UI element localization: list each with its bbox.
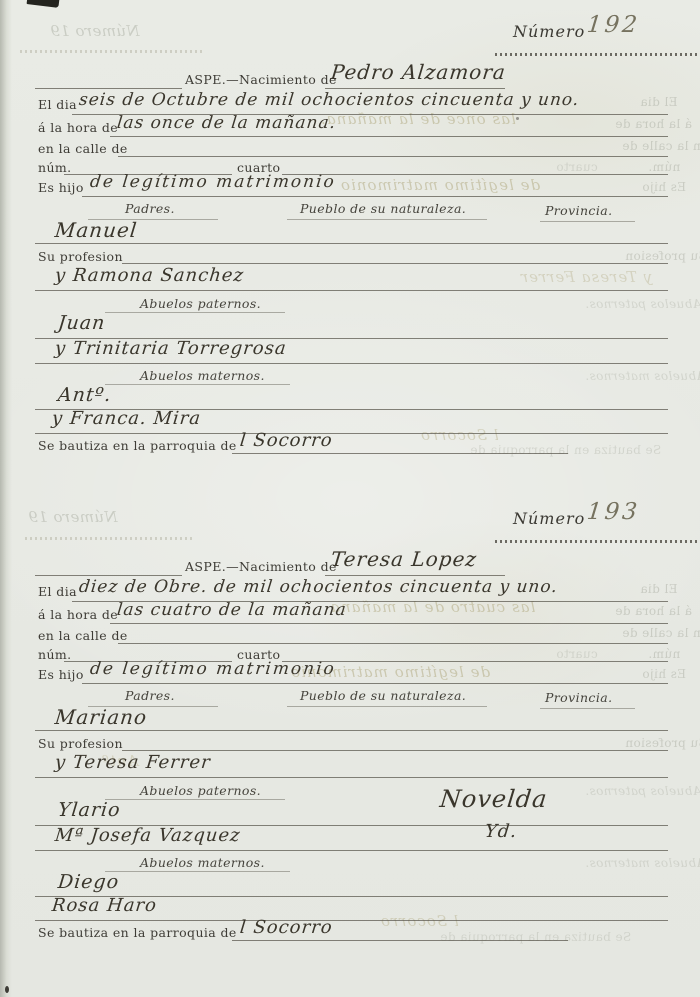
form-rule (110, 136, 668, 137)
day-value: diez de Obre. de mil ochocientos cincuen… (78, 577, 559, 597)
legitimacy-label: Es hijo (38, 180, 84, 195)
baptism-parish-value: l Socorro (239, 917, 334, 938)
separator-squiggle (495, 53, 700, 56)
hour-value: las once de la mañana. (116, 113, 337, 133)
form-rule (35, 433, 668, 434)
numero-label: Número (513, 22, 585, 41)
maternal-grandfather-value: Antº. (57, 384, 113, 406)
column-rule (105, 384, 290, 385)
ink-speck (5, 986, 9, 993)
paternal-grandmother-value: Mª Josefa Vazquez (54, 825, 242, 846)
separator-squiggle (495, 540, 700, 543)
page-binding-edge (0, 0, 12, 997)
column-rule (287, 219, 487, 220)
form-rule (82, 683, 668, 684)
birth-register-scan-page: Número 19 Número 19 El dia á la hora de … (0, 0, 700, 997)
form-rule (35, 777, 668, 778)
mother-name-value: y Teresa Ferrer (54, 752, 212, 773)
province-column-header: Provincia. (545, 203, 612, 218)
numero-value: 193 (586, 499, 642, 525)
form-rule (35, 920, 668, 921)
column-rule (540, 708, 635, 709)
form-rule (232, 940, 568, 941)
profession-label: Su profesion (38, 736, 123, 751)
form-rule (82, 196, 668, 197)
mother-name-value: y Ramona Sanchez (54, 265, 245, 286)
form-rule (35, 850, 668, 851)
paternal-grandfather-value: Juan (57, 312, 107, 334)
column-rule (540, 221, 635, 222)
form-rule (35, 290, 668, 291)
maternal-grandmother-value: Rosa Haro (51, 895, 158, 916)
parents-column-header: Padres. (125, 688, 175, 703)
legitimacy-value: de legítimo matrimonio (89, 172, 337, 192)
column-rule (105, 871, 290, 872)
paternal-grandparents-label: Abuelos paternos. (140, 296, 261, 311)
parents-column-header: Padres. (125, 201, 175, 216)
paternal-grandparents-label: Abuelos paternos. (140, 783, 261, 798)
birthplace-column-header: Pueblo de su naturaleza. (300, 688, 466, 703)
record-header-label: ASPE.—Nacimiento de (185, 559, 337, 574)
form-rule (122, 263, 668, 264)
birth-record-193: Número 193 ASPE.—Nacimiento de Teresa Lo… (35, 487, 668, 957)
legitimacy-value: de legítimo matrimonio (89, 659, 337, 679)
child-name-value: Teresa Lopez (330, 547, 479, 571)
number-label: núm. (38, 647, 72, 662)
numero-label: Número (513, 509, 585, 528)
street-label: en la calle de (38, 628, 128, 643)
hour-value: las cuatro de la mañana (116, 600, 348, 620)
maternal-grandfather-value: Diego (57, 871, 120, 893)
grandmother-birthplace-value: Yd. (484, 821, 518, 842)
form-rule (282, 174, 668, 175)
street-label: en la calle de (38, 141, 128, 156)
baptism-parish-value: l Socorro (239, 430, 334, 451)
form-rule (122, 750, 668, 751)
form-rule (325, 575, 505, 576)
profession-label: Su profesion (38, 249, 123, 264)
grandfather-birthplace-value: Novelda (439, 785, 550, 813)
birthplace-column-header: Pueblo de su naturaleza. (300, 201, 466, 216)
maternal-grandmother-value: y Franca. Mira (51, 408, 202, 429)
form-rule (325, 88, 505, 89)
maternal-grandparents-label: Abuelos maternos. (140, 368, 265, 383)
record-header-label: ASPE.—Nacimiento de (185, 72, 337, 87)
baptism-label: Se bautiza en la parroquia de (38, 925, 237, 940)
day-value: seis de Octubre de mil ochocientos cincu… (78, 90, 580, 110)
paternal-grandfather-value: Ylario (57, 799, 122, 821)
father-name-value: Manuel (54, 218, 139, 242)
form-rule (35, 363, 668, 364)
day-label: El dia (38, 97, 77, 112)
hour-label: á la hora de (38, 120, 118, 135)
form-rule (118, 643, 668, 644)
birth-record-192: Número 192 ASPE.—Nacimiento de Pedro Alz… (35, 0, 668, 470)
numero-value: 192 (586, 12, 642, 38)
column-rule (105, 799, 285, 800)
day-label: El dia (38, 584, 77, 599)
child-name-value: Pedro Alzamora (330, 60, 507, 84)
province-column-header: Provincia. (545, 690, 612, 705)
column-rule (105, 312, 285, 313)
father-name-value: Mariano (54, 705, 149, 729)
form-rule (110, 623, 668, 624)
legitimacy-label: Es hijo (38, 667, 84, 682)
hour-label: á la hora de (38, 607, 118, 622)
form-rule (35, 730, 668, 731)
number-label: núm. (38, 160, 72, 175)
column-rule (287, 706, 487, 707)
baptism-label: Se bautiza en la parroquia de (38, 438, 237, 453)
paternal-grandmother-value: y Trinitaria Torregrosa (54, 338, 288, 359)
form-rule (118, 156, 668, 157)
form-rule (232, 453, 568, 454)
form-rule (35, 88, 182, 89)
form-rule (282, 661, 668, 662)
form-rule (35, 243, 668, 244)
form-rule (35, 575, 182, 576)
maternal-grandparents-label: Abuelos maternos. (140, 855, 265, 870)
